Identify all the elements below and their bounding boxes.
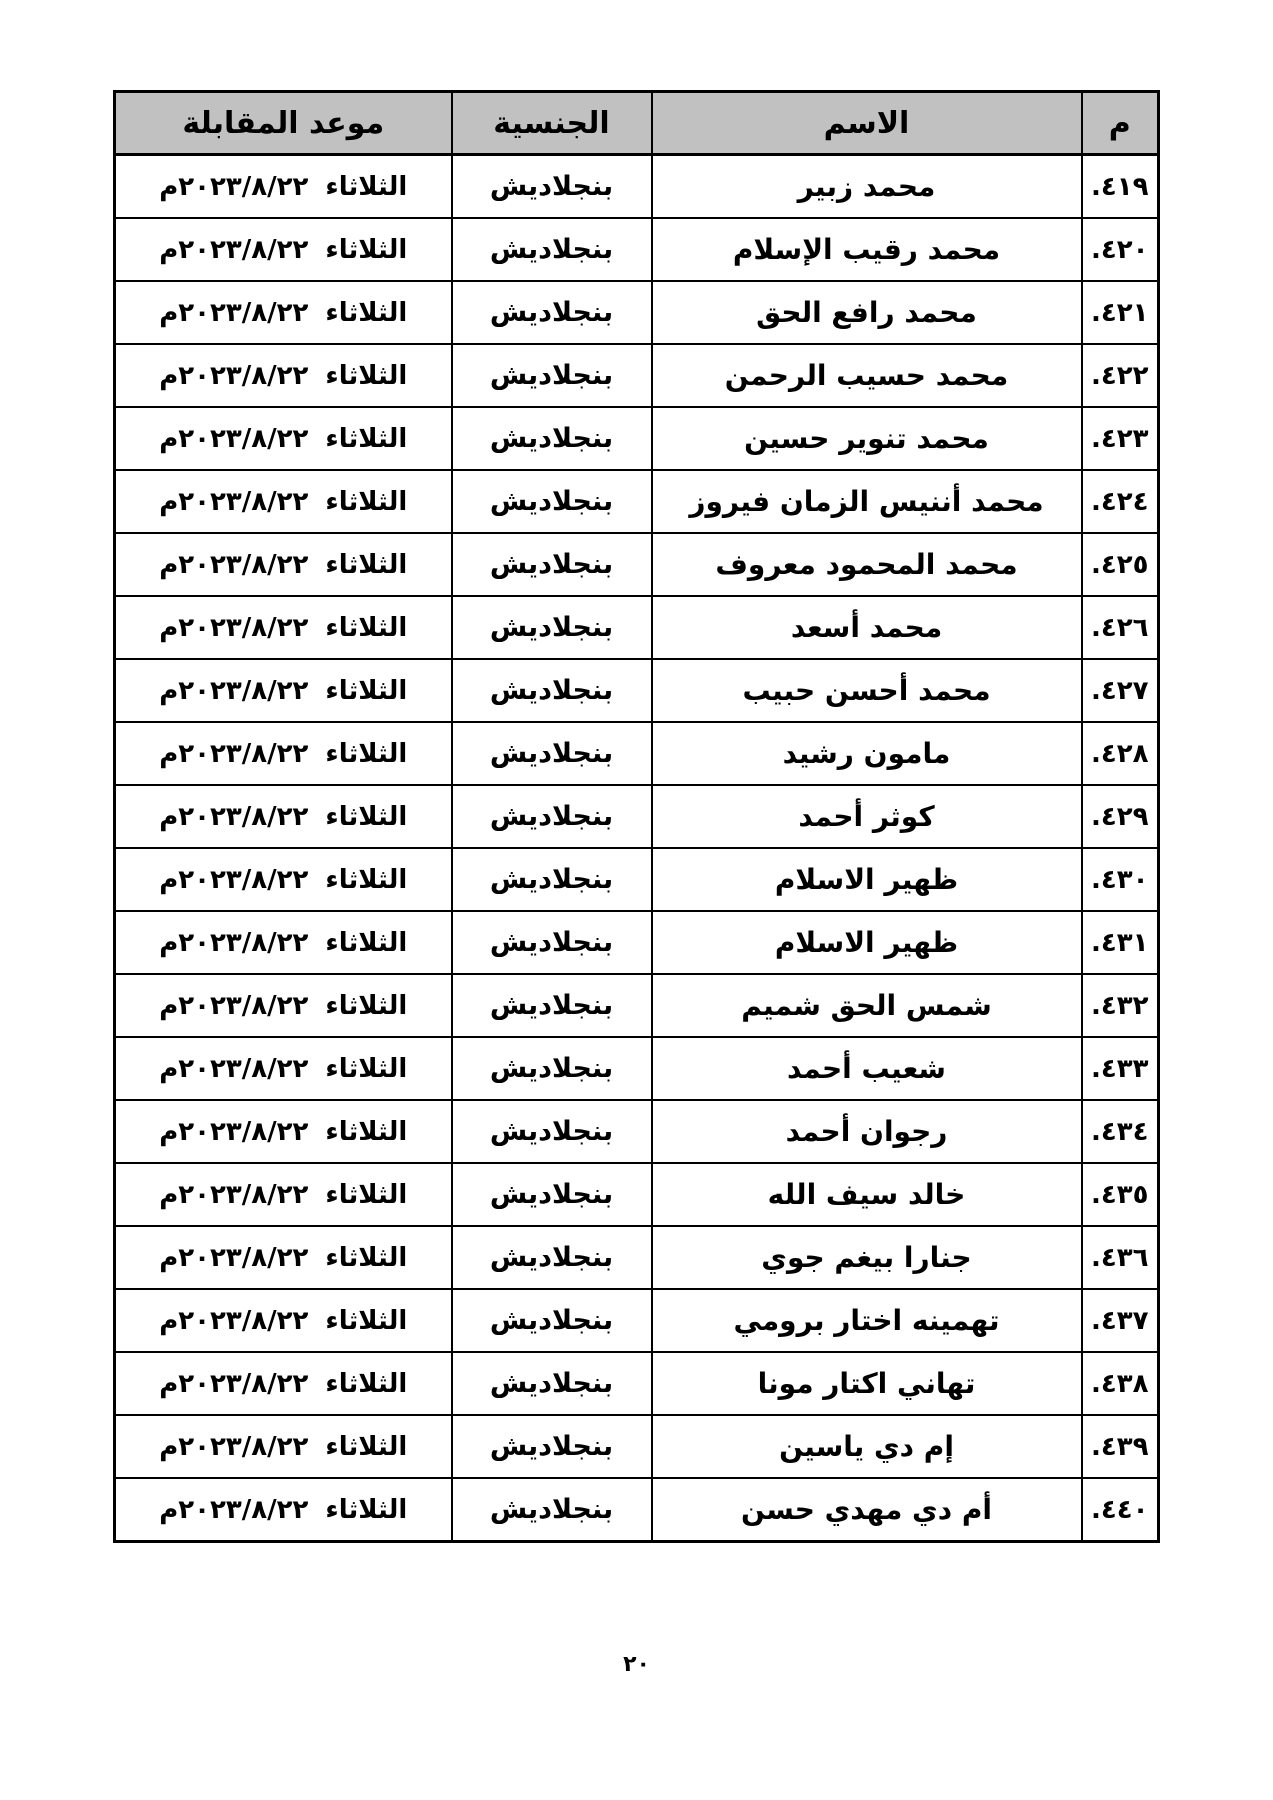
interview-date-cell: الثلاثاء ٢٠٢٣/٨/٢٢م bbox=[115, 1226, 452, 1289]
table-body: ٤١٩. محمد زبير بنجلاديش الثلاثاء ٢٠٢٣/٨/… bbox=[115, 155, 1159, 1542]
interview-date-cell: الثلاثاء ٢٠٢٣/٨/٢٢م bbox=[115, 155, 452, 219]
serial-cell: ٤٢٥. bbox=[1082, 533, 1159, 596]
interview-date-cell: الثلاثاء ٢٠٢٣/٨/٢٢م bbox=[115, 1478, 452, 1542]
name-cell: خالد سيف الله bbox=[652, 1163, 1082, 1226]
serial-cell: ٤٢٦. bbox=[1082, 596, 1159, 659]
interview-date-cell: الثلاثاء ٢٠٢٣/٨/٢٢م bbox=[115, 1163, 452, 1226]
nationality-cell: بنجلاديش bbox=[452, 974, 652, 1037]
interview-date-cell: الثلاثاء ٢٠٢٣/٨/٢٢م bbox=[115, 911, 452, 974]
nationality-cell: بنجلاديش bbox=[452, 785, 652, 848]
serial-cell: ٤٣١. bbox=[1082, 911, 1159, 974]
table-row: ٤٣٣. شعيب أحمد بنجلاديش الثلاثاء ٢٠٢٣/٨/… bbox=[115, 1037, 1159, 1100]
name-cell: ظهير الاسلام bbox=[652, 848, 1082, 911]
nationality-cell: بنجلاديش bbox=[452, 1415, 652, 1478]
name-cell: تهمينه اختار برومي bbox=[652, 1289, 1082, 1352]
serial-cell: ٤٢٨. bbox=[1082, 722, 1159, 785]
table-row: ٤٣١. ظهير الاسلام بنجلاديش الثلاثاء ٢٠٢٣… bbox=[115, 911, 1159, 974]
name-cell: تهاني اكتار مونا bbox=[652, 1352, 1082, 1415]
header-name: الاسم bbox=[652, 92, 1082, 155]
table-row: ٤٢٤. محمد أننيس الزمان فيروز بنجلاديش ال… bbox=[115, 470, 1159, 533]
serial-cell: ٤١٩. bbox=[1082, 155, 1159, 219]
table-row: ٤٣٧. تهمينه اختار برومي بنجلاديش الثلاثا… bbox=[115, 1289, 1159, 1352]
nationality-cell: بنجلاديش bbox=[452, 1037, 652, 1100]
name-cell: شعيب أحمد bbox=[652, 1037, 1082, 1100]
serial-cell: ٤٣٨. bbox=[1082, 1352, 1159, 1415]
header-interview-date: موعد المقابلة bbox=[115, 92, 452, 155]
serial-cell: ٤٢٤. bbox=[1082, 470, 1159, 533]
table-row: ٤٢٨. مامون رشيد بنجلاديش الثلاثاء ٢٠٢٣/٨… bbox=[115, 722, 1159, 785]
interview-date-cell: الثلاثاء ٢٠٢٣/٨/٢٢م bbox=[115, 1100, 452, 1163]
page-number: ٢٠ bbox=[0, 1652, 1273, 1677]
nationality-cell: بنجلاديش bbox=[452, 1100, 652, 1163]
applicants-table: م الاسم الجنسية موعد المقابلة ٤١٩. محمد … bbox=[113, 90, 1160, 1543]
nationality-cell: بنجلاديش bbox=[452, 470, 652, 533]
serial-cell: ٤٤٠. bbox=[1082, 1478, 1159, 1542]
interview-date-cell: الثلاثاء ٢٠٢٣/٨/٢٢م bbox=[115, 218, 452, 281]
nationality-cell: بنجلاديش bbox=[452, 1226, 652, 1289]
table-row: ٤٢٦. محمد أسعد بنجلاديش الثلاثاء ٢٠٢٣/٨/… bbox=[115, 596, 1159, 659]
name-cell: ظهير الاسلام bbox=[652, 911, 1082, 974]
interview-date-cell: الثلاثاء ٢٠٢٣/٨/٢٢م bbox=[115, 1415, 452, 1478]
nationality-cell: بنجلاديش bbox=[452, 1478, 652, 1542]
serial-cell: ٤٢٩. bbox=[1082, 785, 1159, 848]
serial-cell: ٤٣٠. bbox=[1082, 848, 1159, 911]
name-cell: رجوان أحمد bbox=[652, 1100, 1082, 1163]
table-header-row: م الاسم الجنسية موعد المقابلة bbox=[115, 92, 1159, 155]
nationality-cell: بنجلاديش bbox=[452, 596, 652, 659]
name-cell: محمد زبير bbox=[652, 155, 1082, 219]
serial-cell: ٤٣٥. bbox=[1082, 1163, 1159, 1226]
nationality-cell: بنجلاديش bbox=[452, 155, 652, 219]
serial-cell: ٤٣٤. bbox=[1082, 1100, 1159, 1163]
interview-date-cell: الثلاثاء ٢٠٢٣/٨/٢٢م bbox=[115, 1289, 452, 1352]
interview-date-cell: الثلاثاء ٢٠٢٣/٨/٢٢م bbox=[115, 407, 452, 470]
name-cell: محمد رقيب الإسلام bbox=[652, 218, 1082, 281]
interview-date-cell: الثلاثاء ٢٠٢٣/٨/٢٢م bbox=[115, 785, 452, 848]
serial-cell: ٤٣٦. bbox=[1082, 1226, 1159, 1289]
interview-date-cell: الثلاثاء ٢٠٢٣/٨/٢٢م bbox=[115, 722, 452, 785]
interview-date-cell: الثلاثاء ٢٠٢٣/٨/٢٢م bbox=[115, 974, 452, 1037]
serial-cell: ٤٣٣. bbox=[1082, 1037, 1159, 1100]
name-cell: مامون رشيد bbox=[652, 722, 1082, 785]
header-serial: م bbox=[1082, 92, 1159, 155]
interview-date-cell: الثلاثاء ٢٠٢٣/٨/٢٢م bbox=[115, 848, 452, 911]
table-row: ٤٣٥. خالد سيف الله بنجلاديش الثلاثاء ٢٠٢… bbox=[115, 1163, 1159, 1226]
name-cell: محمد أحسن حبيب bbox=[652, 659, 1082, 722]
interview-date-cell: الثلاثاء ٢٠٢٣/٨/٢٢م bbox=[115, 344, 452, 407]
table-row: ٤٢١. محمد رافع الحق بنجلاديش الثلاثاء ٢٠… bbox=[115, 281, 1159, 344]
table-row: ٤٢٣. محمد تنوير حسين بنجلاديش الثلاثاء ٢… bbox=[115, 407, 1159, 470]
nationality-cell: بنجلاديش bbox=[452, 1352, 652, 1415]
table-row: ٤٢٢. محمد حسيب الرحمن بنجلاديش الثلاثاء … bbox=[115, 344, 1159, 407]
name-cell: أم دي مهدي حسن bbox=[652, 1478, 1082, 1542]
name-cell: إم دي ياسين bbox=[652, 1415, 1082, 1478]
table-row: ٤٣٢. شمس الحق شميم بنجلاديش الثلاثاء ٢٠٢… bbox=[115, 974, 1159, 1037]
name-cell: جنارا بيغم جوي bbox=[652, 1226, 1082, 1289]
header-nationality: الجنسية bbox=[452, 92, 652, 155]
name-cell: محمد تنوير حسين bbox=[652, 407, 1082, 470]
table-row: ٤٣٩. إم دي ياسين بنجلاديش الثلاثاء ٢٠٢٣/… bbox=[115, 1415, 1159, 1478]
serial-cell: ٤٣٧. bbox=[1082, 1289, 1159, 1352]
interview-date-cell: الثلاثاء ٢٠٢٣/٨/٢٢م bbox=[115, 1352, 452, 1415]
nationality-cell: بنجلاديش bbox=[452, 218, 652, 281]
table-row: ٤٣٤. رجوان أحمد بنجلاديش الثلاثاء ٢٠٢٣/٨… bbox=[115, 1100, 1159, 1163]
name-cell: محمد رافع الحق bbox=[652, 281, 1082, 344]
name-cell: محمد أننيس الزمان فيروز bbox=[652, 470, 1082, 533]
name-cell: محمد المحمود معروف bbox=[652, 533, 1082, 596]
nationality-cell: بنجلاديش bbox=[452, 848, 652, 911]
serial-cell: ٤٢٢. bbox=[1082, 344, 1159, 407]
table-row: ٤٢٠. محمد رقيب الإسلام بنجلاديش الثلاثاء… bbox=[115, 218, 1159, 281]
interview-date-cell: الثلاثاء ٢٠٢٣/٨/٢٢م bbox=[115, 1037, 452, 1100]
table-row: ٤٣٠. ظهير الاسلام بنجلاديش الثلاثاء ٢٠٢٣… bbox=[115, 848, 1159, 911]
nationality-cell: بنجلاديش bbox=[452, 1163, 652, 1226]
table-row: ٤٣٨. تهاني اكتار مونا بنجلاديش الثلاثاء … bbox=[115, 1352, 1159, 1415]
nationality-cell: بنجلاديش bbox=[452, 281, 652, 344]
name-cell: شمس الحق شميم bbox=[652, 974, 1082, 1037]
interview-date-cell: الثلاثاء ٢٠٢٣/٨/٢٢م bbox=[115, 470, 452, 533]
serial-cell: ٤٢٧. bbox=[1082, 659, 1159, 722]
nationality-cell: بنجلاديش bbox=[452, 722, 652, 785]
serial-cell: ٤٢٣. bbox=[1082, 407, 1159, 470]
table-row: ٤٢٥. محمد المحمود معروف بنجلاديش الثلاثا… bbox=[115, 533, 1159, 596]
table-row: ٤٤٠. أم دي مهدي حسن بنجلاديش الثلاثاء ٢٠… bbox=[115, 1478, 1159, 1542]
document-page: م الاسم الجنسية موعد المقابلة ٤١٩. محمد … bbox=[0, 0, 1273, 1800]
serial-cell: ٤٢١. bbox=[1082, 281, 1159, 344]
table-row: ٤٢٧. محمد أحسن حبيب بنجلاديش الثلاثاء ٢٠… bbox=[115, 659, 1159, 722]
nationality-cell: بنجلاديش bbox=[452, 533, 652, 596]
nationality-cell: بنجلاديش bbox=[452, 659, 652, 722]
interview-date-cell: الثلاثاء ٢٠٢٣/٨/٢٢م bbox=[115, 659, 452, 722]
interview-date-cell: الثلاثاء ٢٠٢٣/٨/٢٢م bbox=[115, 281, 452, 344]
table-row: ٤١٩. محمد زبير بنجلاديش الثلاثاء ٢٠٢٣/٨/… bbox=[115, 155, 1159, 219]
nationality-cell: بنجلاديش bbox=[452, 911, 652, 974]
nationality-cell: بنجلاديش bbox=[452, 1289, 652, 1352]
serial-cell: ٤٢٠. bbox=[1082, 218, 1159, 281]
interview-date-cell: الثلاثاء ٢٠٢٣/٨/٢٢م bbox=[115, 533, 452, 596]
name-cell: كوثر أحمد bbox=[652, 785, 1082, 848]
nationality-cell: بنجلاديش bbox=[452, 407, 652, 470]
name-cell: محمد حسيب الرحمن bbox=[652, 344, 1082, 407]
table-row: ٤٢٩. كوثر أحمد بنجلاديش الثلاثاء ٢٠٢٣/٨/… bbox=[115, 785, 1159, 848]
name-cell: محمد أسعد bbox=[652, 596, 1082, 659]
nationality-cell: بنجلاديش bbox=[452, 344, 652, 407]
interview-date-cell: الثلاثاء ٢٠٢٣/٨/٢٢م bbox=[115, 596, 452, 659]
serial-cell: ٤٣٢. bbox=[1082, 974, 1159, 1037]
table-row: ٤٣٦. جنارا بيغم جوي بنجلاديش الثلاثاء ٢٠… bbox=[115, 1226, 1159, 1289]
serial-cell: ٤٣٩. bbox=[1082, 1415, 1159, 1478]
